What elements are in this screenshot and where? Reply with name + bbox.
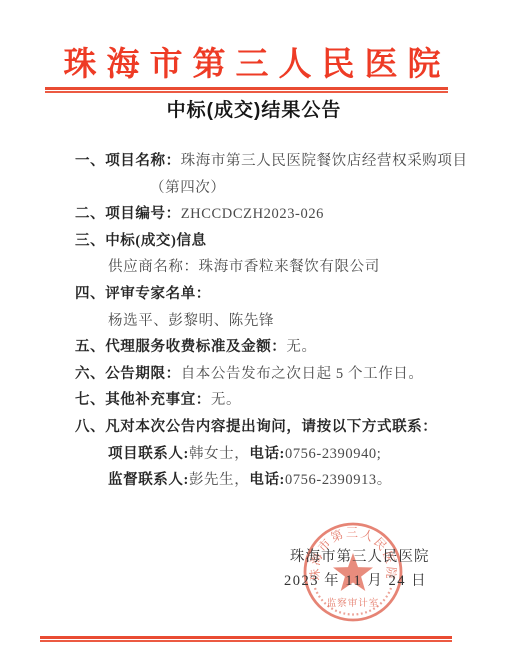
item-5-value: 无。 — [286, 339, 316, 355]
item-4-experts-heading: 四、评审专家名单： — [75, 281, 482, 308]
announcement-body: 一、项目名称：珠海市第三人民医院餐饮店经营权采购项目 （第四次） 二、项目编号：… — [75, 148, 482, 494]
item-4-experts-list: 杨选平、彭黎明、陈先锋 — [75, 308, 482, 335]
contact-project-name: 韩女士， — [189, 446, 249, 462]
contact-project: 项目联系人:韩女士，电话:0756-2390940; — [75, 441, 482, 468]
contact-supervision: 监督联系人:彭先生，电话:0756-2390913。 — [75, 467, 482, 494]
contact-supervision-phone: 0756-2390913。 — [285, 472, 392, 488]
header-rule-thin-line — [45, 91, 448, 93]
item-3-supplier: 供应商名称：珠海市香粒来餐饮有限公司 — [75, 254, 482, 281]
item-1-label: 一、项目名称： — [75, 153, 181, 169]
item-2-project-number: 二、项目编号：ZHCCDCZH2023-026 — [75, 201, 482, 228]
item-3-label: 三、中标(成交)信息 — [75, 233, 207, 249]
contact-supervision-name: 彭先生， — [189, 472, 249, 488]
signature-organization: 珠海市第三人民医院 — [290, 545, 430, 566]
contact-supervision-label: 监督联系人: — [108, 472, 189, 488]
seal-department-text: 监察审计室 — [327, 597, 380, 609]
item-1-value: 珠海市第三人民医院餐饮店经营权采购项目 — [181, 153, 468, 169]
contact-project-phone-label: 电话: — [249, 446, 285, 462]
footer-double-rule — [40, 636, 452, 642]
item-5-agency-fee: 五、代理服务收费标准及金额：无。 — [75, 334, 482, 361]
item-6-value: 自本公告发布之次日起 5 个工作日。 — [181, 366, 424, 382]
hospital-title: 珠海市第三人民医院 — [0, 38, 508, 85]
footer-rule-thick-line — [40, 636, 452, 639]
item-3-award-info: 三、中标(成交)信息 — [75, 228, 482, 255]
item-2-label: 二、项目编号： — [75, 206, 181, 222]
item-4-label: 四、评审专家名单： — [75, 286, 211, 302]
item-8-inquiry-heading: 八、凡对本次公告内容提出询问，请按以下方式联系： — [75, 414, 482, 441]
item-7-other-matters: 七、其他补充事宜：无。 — [75, 387, 482, 414]
item-7-label: 七、其他补充事宜： — [75, 392, 211, 408]
announcement-title: 中标(成交)结果公告 — [0, 95, 508, 122]
supplier-label: 供应商名称： — [108, 259, 199, 275]
contact-project-phone: 0756-2390940; — [285, 446, 381, 462]
contact-project-label: 项目联系人: — [108, 446, 189, 462]
item-1-continuation: （第四次） — [75, 175, 482, 202]
header-double-rule — [45, 87, 448, 93]
supplier-name: 珠海市香粒来餐饮有限公司 — [199, 259, 380, 275]
footer-rule-thin-line — [40, 640, 452, 642]
contact-supervision-phone-label: 电话: — [249, 472, 285, 488]
item-5-label: 五、代理服务收费标准及金额： — [75, 339, 286, 355]
document-page: 珠海市第三人民医院 中标(成交)结果公告 一、项目名称：珠海市第三人民医院餐饮店… — [0, 0, 508, 671]
item-6-label: 六、公告期限： — [75, 366, 181, 382]
experts-names: 杨选平、彭黎明、陈先锋 — [108, 313, 274, 329]
item-1-cont-text: （第四次） — [150, 180, 226, 196]
item-1-project-name: 一、项目名称：珠海市第三人民医院餐饮店经营权采购项目 — [75, 148, 482, 175]
signature-date: 2023 年 11 月 24 日 — [284, 569, 427, 590]
item-7-value: 无。 — [211, 392, 241, 408]
item-8-label: 八、凡对本次公告内容提出询问，请按以下方式联系： — [75, 419, 437, 435]
item-2-value: ZHCCDCZH2023-026 — [181, 206, 324, 222]
header-rule-thick-line — [45, 87, 448, 90]
item-6-announcement-period: 六、公告期限：自本公告发布之次日起 5 个工作日。 — [75, 361, 482, 388]
